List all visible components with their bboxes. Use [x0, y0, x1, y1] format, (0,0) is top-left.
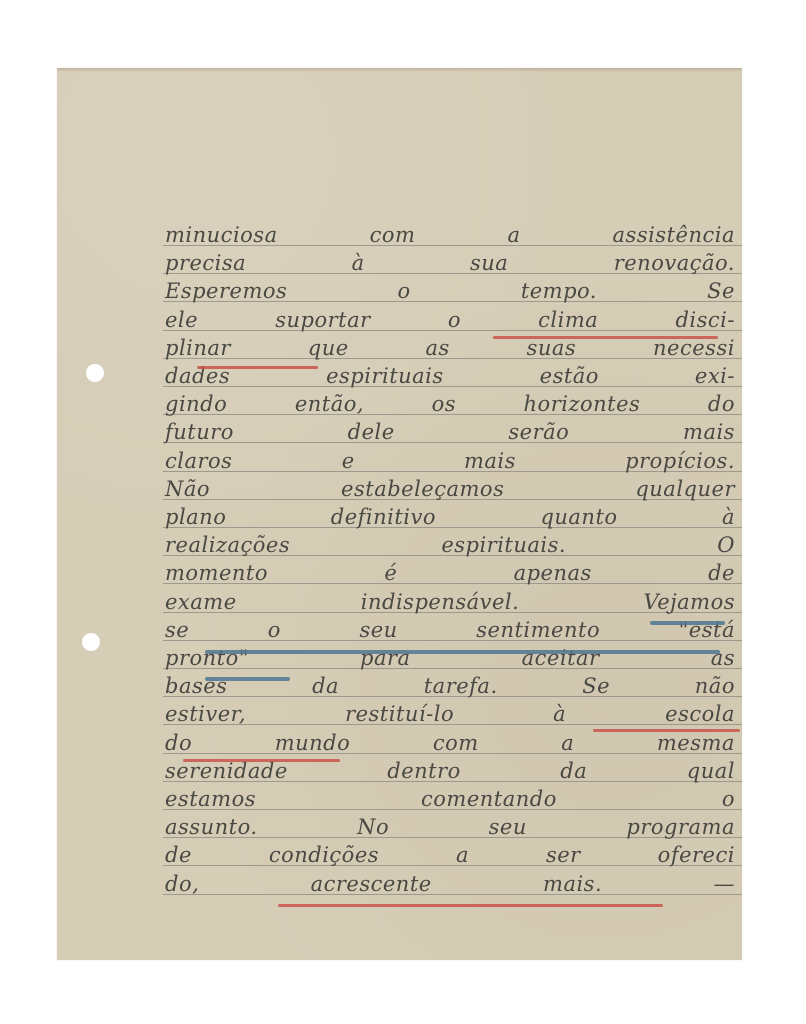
text-line: estamoscomentandoo: [165, 785, 735, 811]
word: plinar: [165, 336, 231, 360]
word: momento: [165, 561, 268, 585]
word: futuro: [165, 420, 234, 444]
text-line: exameindispensável.Vejamos: [165, 588, 735, 614]
word: estão: [540, 364, 599, 388]
word: as: [426, 336, 450, 360]
word: a: [507, 223, 520, 247]
word: tempo.: [521, 279, 597, 303]
word: do: [165, 731, 192, 755]
text-line: seoseusentimento"está: [165, 616, 735, 642]
text-line: futurodeleserãomais: [165, 418, 735, 444]
word: ofereci: [658, 843, 735, 867]
word: com: [370, 223, 416, 247]
punch-hole-top: [86, 364, 104, 382]
word: serão: [508, 420, 569, 444]
text-line: estiver,restituí-loàescola: [165, 700, 735, 726]
text-line: do,acrescentemais.—: [165, 870, 735, 896]
word: necessi: [653, 336, 735, 360]
punch-hole-bottom: [82, 633, 100, 651]
word: plano: [165, 505, 226, 529]
paper-edge-stain: [57, 68, 742, 72]
word: o: [268, 618, 281, 642]
word: tarefa.: [424, 674, 498, 698]
text-line: Nãoestabeleçamosqualquer: [165, 475, 735, 501]
word: de: [165, 843, 192, 867]
word: clima: [538, 308, 598, 332]
word: realizações: [165, 533, 290, 557]
word: indispensável.: [361, 590, 520, 614]
word: propícios.: [625, 449, 735, 473]
word: espirituais.: [441, 533, 566, 557]
text-line: domundocomamesma: [165, 729, 735, 755]
word: sentimento: [476, 618, 600, 642]
word: horizontes: [524, 392, 641, 416]
word: mais: [683, 420, 735, 444]
word: mais: [464, 449, 516, 473]
word: —: [713, 872, 735, 896]
word: programa: [626, 815, 735, 839]
text-line: assunto.Noseuprograma: [165, 813, 735, 839]
word: do,: [165, 872, 199, 896]
word: apenas: [514, 561, 592, 585]
word: o: [397, 279, 410, 303]
red-underline-plinar: [197, 366, 318, 369]
text-line: planodefinitivoquantoà: [165, 503, 735, 529]
word: o: [448, 308, 461, 332]
word: dele: [348, 420, 395, 444]
word: estiver,: [165, 702, 246, 726]
word: então,: [295, 392, 364, 416]
word: assunto.: [165, 815, 258, 839]
word: do: [708, 392, 735, 416]
word: suportar: [275, 308, 370, 332]
text-line: precisaàsuarenovação.: [165, 249, 735, 275]
word: Esperemos: [165, 279, 287, 303]
word: gindo: [165, 392, 227, 416]
word: serenidade: [165, 759, 288, 783]
word: mundo: [275, 731, 351, 755]
word: Vejamos: [643, 590, 735, 614]
blue-underline-sentimento: [205, 650, 720, 654]
word: O: [717, 533, 735, 557]
word: à: [722, 505, 735, 529]
word: quanto: [540, 505, 617, 529]
word: é: [384, 561, 397, 585]
text-line: basesdatarefa.Senão: [165, 672, 735, 698]
text-line: clarosemaispropícios.: [165, 447, 735, 473]
word: os: [432, 392, 456, 416]
word: mais.: [543, 872, 602, 896]
word: mesma: [657, 731, 735, 755]
word: restituí-lo: [345, 702, 454, 726]
word: condições: [269, 843, 379, 867]
word: a: [456, 843, 469, 867]
word: Não: [165, 477, 210, 501]
word: seu: [359, 618, 397, 642]
word: claros: [165, 449, 232, 473]
text-line: momentoéapenasde: [165, 559, 735, 585]
text-line: pronto"paraaceitaras: [165, 644, 735, 670]
word: ele: [165, 308, 198, 332]
word: à: [352, 251, 365, 275]
word: de: [708, 561, 735, 585]
word: sua: [470, 251, 508, 275]
word: dentro: [387, 759, 461, 783]
text-line: minuciosacomaassistência: [165, 221, 735, 247]
red-underline-acrescente-mais: [278, 904, 663, 907]
word: espirituais: [326, 364, 444, 388]
word: qualquer: [635, 477, 735, 501]
text-line: realizaçõesespirituais.O: [165, 531, 735, 557]
word: No: [357, 815, 389, 839]
word: escola: [665, 702, 735, 726]
word: ser: [546, 843, 581, 867]
word: definitivo: [331, 505, 436, 529]
word: que: [308, 336, 349, 360]
word: seu: [489, 815, 527, 839]
blue-underline-pronto: [205, 677, 290, 681]
text-line: gindoentão,oshorizontesdo: [165, 390, 735, 416]
blue-underline-esta: [650, 621, 725, 625]
word: assistência: [613, 223, 735, 247]
word: à: [553, 702, 566, 726]
word: não: [695, 674, 735, 698]
word: exame: [165, 590, 237, 614]
word: Se: [582, 674, 610, 698]
red-underline-clima-disciplinar: [493, 336, 718, 339]
word: renovação.: [614, 251, 735, 275]
word: exi-: [695, 364, 735, 388]
word: estabeleçamos: [341, 477, 504, 501]
word: se: [165, 618, 189, 642]
word: disci-: [675, 308, 735, 332]
word: da: [312, 674, 339, 698]
text-line: elesuportaroclimadisci-: [165, 306, 735, 332]
word: da: [560, 759, 587, 783]
word: suas: [527, 336, 577, 360]
word: e: [342, 449, 355, 473]
word: estamos: [165, 787, 256, 811]
word: precisa: [165, 251, 246, 275]
manuscript-page: minuciosacomaassistênciaprecisaàsuarenov…: [57, 68, 742, 960]
word: a: [561, 731, 574, 755]
word: o: [722, 787, 735, 811]
word: minuciosa: [165, 223, 278, 247]
word: qual: [687, 759, 735, 783]
red-underline-a-escola: [593, 729, 740, 732]
text-line: decondiçõesaserofereci: [165, 841, 735, 867]
text-line: Esperemosotempo.Se: [165, 277, 735, 303]
word: comentando: [421, 787, 557, 811]
word: com: [433, 731, 479, 755]
word: acrescente: [311, 872, 432, 896]
word: Se: [707, 279, 735, 303]
red-underline-do-mundo: [183, 759, 340, 762]
